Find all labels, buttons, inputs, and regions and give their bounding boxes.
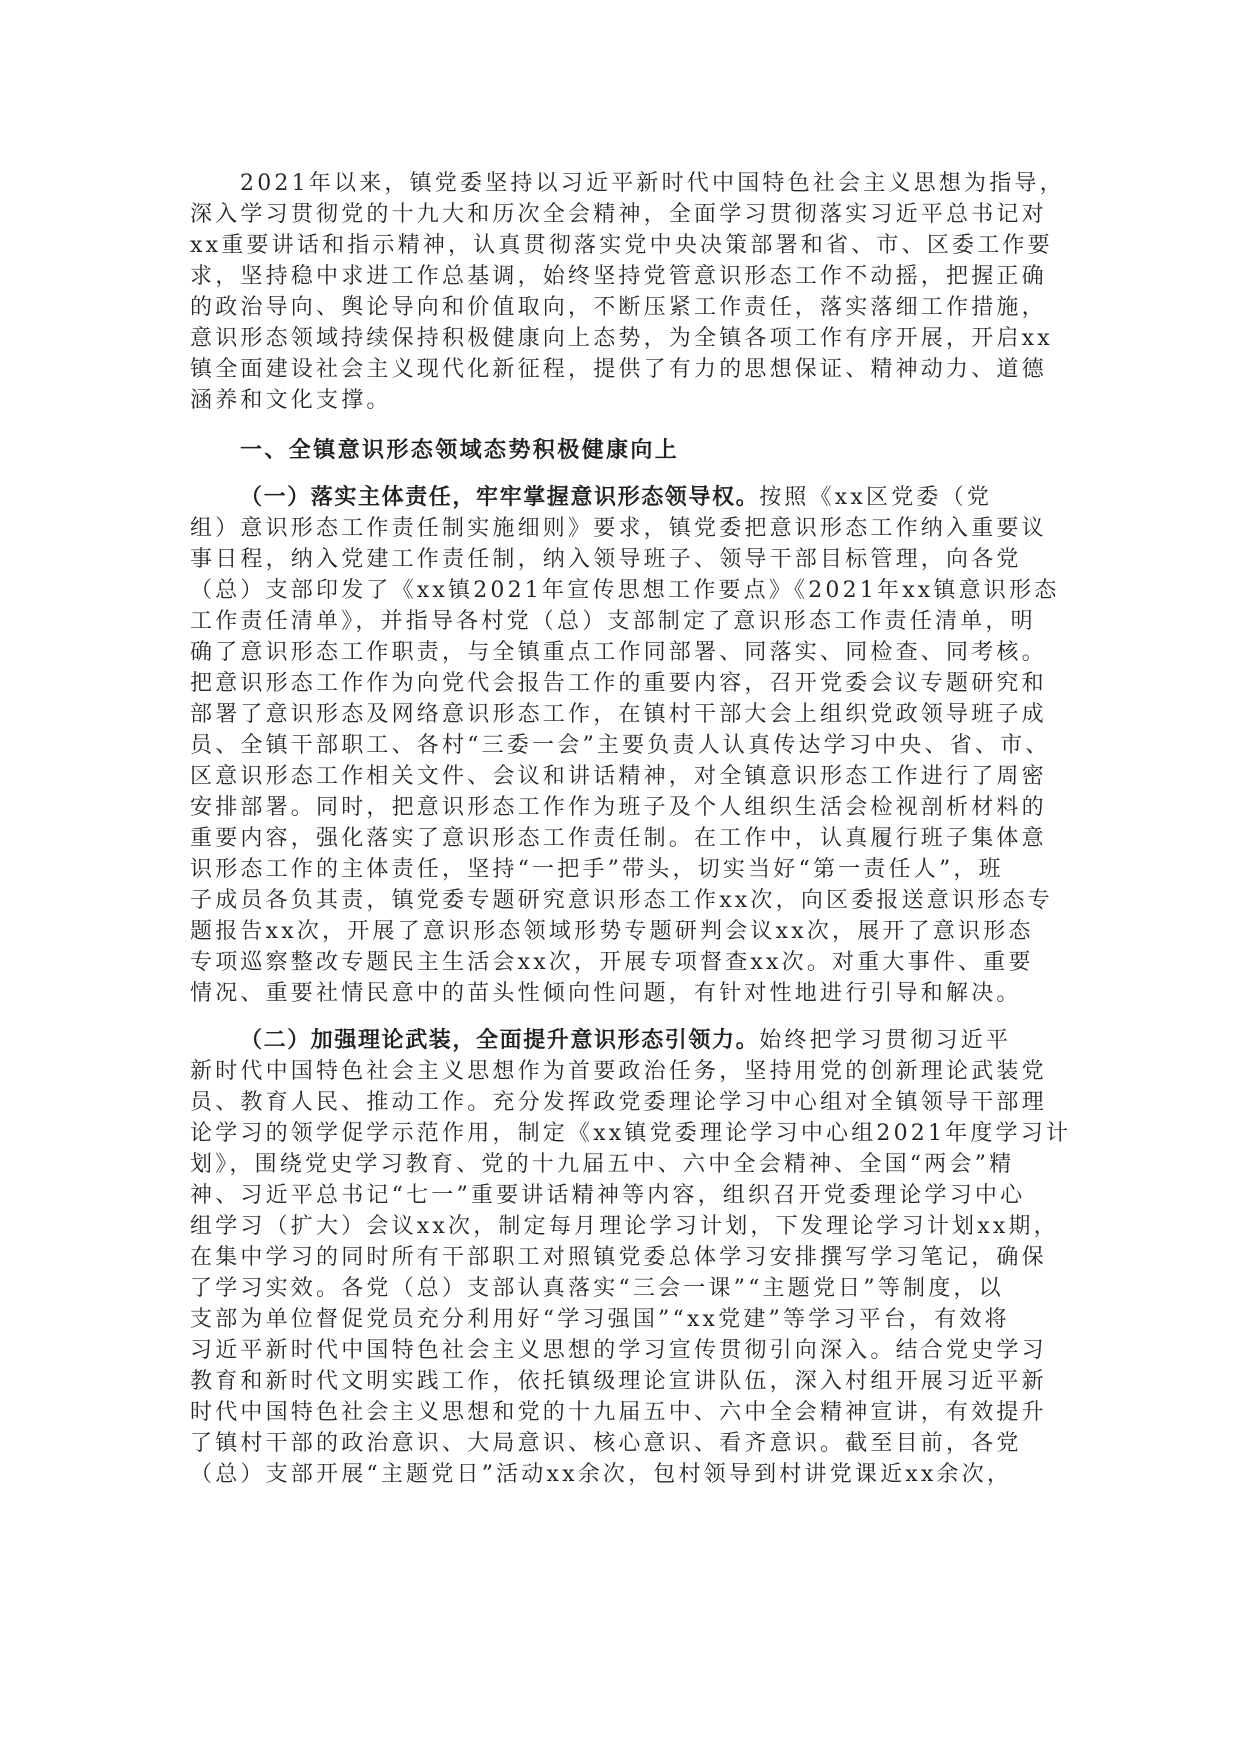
text-line: 情况、重要社情民意中的苗头性倾向性问题，有针对性地进行引导和解决。 [190, 978, 1060, 1009]
text-line: 把意识形态工作作为向党代会报告工作的重要内容，召开党委会议专题研究和 [190, 668, 1060, 699]
text-line: 区意识形态工作相关文件、会议和讲话精神，对全镇意识形态工作进行了周密 [190, 761, 1060, 792]
intro-paragraph: 2021年以来，镇党委坚持以习近平新时代中国特色社会主义思想为指导， 深入学习贯… [190, 168, 1060, 416]
text-line: 意识形态领域持续保持积极健康向上态势，为全镇各项工作有序开展，开启xx [190, 323, 1060, 354]
text-line: 组）意识形态工作责任制实施细则》要求，镇党委把意识形态工作纳入重要议 [190, 513, 1060, 544]
text-line: （总）支部开展“主题党日”活动xx余次，包村领导到村讲党课近xx余次， [190, 1459, 1060, 1490]
text-line: （二）加强理论武装，全面提升意识形态引领力。始终把学习贯彻习近平 [190, 1025, 1060, 1056]
text-line: 深入学习贯彻党的十九大和历次全会精神，全面学习贯彻落实习近平总书记对 [190, 199, 1060, 230]
section-2-paragraph: （二）加强理论武装，全面提升意识形态引领力。始终把学习贯彻习近平 新时代中国特色… [190, 1025, 1060, 1490]
text-line: 了学习实效。各党（总）支部认真落实“三会一课”“主题党日”等制度，以 [190, 1273, 1060, 1304]
text-line: 镇全面建设社会主义现代化新征程，提供了有力的思想保证、精神动力、道德 [190, 354, 1060, 385]
text-line: 求，坚持稳中求进工作总基调，始终坚持党管意识形态工作不动摇，把握正确 [190, 261, 1060, 292]
document-page: 2021年以来，镇党委坚持以习近平新时代中国特色社会主义思想为指导， 深入学习贯… [190, 168, 1060, 1490]
text-line: 安排部署。同时，把意识形态工作作为班子及个人组织生活会检视剖析材料的 [190, 792, 1060, 823]
text-line: 的政治导向、舆论导向和价值取向，不断压紧工作责任，落实落细工作措施， [190, 292, 1060, 323]
text-line: 教育和新时代文明实践工作，依托镇级理论宣讲队伍，深入村组开展习近平新 [190, 1366, 1060, 1397]
section-2-first-line-rest: 始终把学习贯彻习近平 [759, 1028, 1011, 1053]
text-line: 题报告xx次，开展了意识形态领域形势专题研判会议xx次，展开了意识形态 [190, 916, 1060, 947]
text-line: 2021年以来，镇党委坚持以习近平新时代中国特色社会主义思想为指导， [190, 168, 1060, 199]
text-line: （一）落实主体责任，牢牢掌握意识形态领导权。按照《xx区党委（党 [190, 482, 1060, 513]
text-line: 组学习（扩大）会议xx次，制定每月理论学习计划，下发理论学习计划xx期， [190, 1211, 1060, 1242]
text-line: 事日程，纳入党建工作责任制，纳入领导班子、领导干部目标管理，向各党 [190, 544, 1060, 575]
text-line: 时代中国特色社会主义思想和党的十九届五中、六中全会精神宣讲，有效提升 [190, 1397, 1060, 1428]
section-1-lead: （一）落实主体责任，牢牢掌握意识形态领导权。 [240, 485, 759, 510]
section-1-paragraph: （一）落实主体责任，牢牢掌握意识形态领导权。按照《xx区党委（党 组）意识形态工… [190, 482, 1060, 1009]
text-line: 支部为单位督促党员充分利用好“学习强国”“xx党建”等学习平台，有效将 [190, 1304, 1060, 1335]
section-2-lead: （二）加强理论武装，全面提升意识形态引领力。 [240, 1028, 759, 1053]
text-line: 论学习的领学促学示范作用，制定《xx镇党委理论学习中心组2021年度学习计 [190, 1118, 1060, 1149]
text-line: 重要内容，强化落实了意识形态工作责任制。在工作中，认真履行班子集体意 [190, 823, 1060, 854]
text-line: 员、全镇干部职工、各村“三委一会”主要负责人认真传达学习中央、省、市、 [190, 730, 1060, 761]
text-line: 习近平新时代中国特色社会主义思想的学习宣传贯彻引向深入。结合党史学习 [190, 1335, 1060, 1366]
text-line: 了镇村干部的政治意识、大局意识、核心意识、看齐意识。截至目前，各党 [190, 1428, 1060, 1459]
text-line: 在集中学习的同时所有干部职工对照镇党委总体学习安排撰写学习笔记，确保 [190, 1242, 1060, 1273]
text-line: 工作责任清单》，并指导各村党（总）支部制定了意识形态工作责任清单，明 [190, 606, 1060, 637]
text-line: 识形态工作的主体责任，坚持“一把手”带头，切实当好“第一责任人”，班 [190, 854, 1060, 885]
section-1-first-line-rest: 按照《xx区党委（党 [759, 485, 992, 510]
text-line: 确了意识形态工作职责，与全镇重点工作同部署、同落实、同检查、同考核。 [190, 637, 1060, 668]
text-line: 员、教育人民、推动工作。充分发挥政党委理论学习中心组对全镇领导干部理 [190, 1087, 1060, 1118]
text-line: 划》，围绕党史学习教育、党的十九届五中、六中全会精神、全国“两会”精 [190, 1149, 1060, 1180]
section-heading-1: 一、全镇意识形态领域态势积极健康向上 [190, 435, 1060, 466]
text-line: 专项巡察整改专题民主生活会xx次，开展专项督查xx次。对重大事件、重要 [190, 947, 1060, 978]
text-line: 子成员各负其责，镇党委专题研究意识形态工作xx次，向区委报送意识形态专 [190, 885, 1060, 916]
text-line: 涵养和文化支撑。 [190, 385, 1060, 416]
text-line: 部署了意识形态及网络意识形态工作，在镇村干部大会上组织党政领导班子成 [190, 699, 1060, 730]
text-line: （总）支部印发了《xx镇2021年宣传思想工作要点》《2021年xx镇意识形态 [190, 575, 1060, 606]
text-line: 神、习近平总书记“七一”重要讲话精神等内容，组织召开党委理论学习中心 [190, 1180, 1060, 1211]
text-line: xx重要讲话和指示精神，认真贯彻落实党中央决策部署和省、市、区委工作要 [190, 230, 1060, 261]
text-line: 新时代中国特色社会主义思想作为首要政治任务，坚持用党的创新理论武装党 [190, 1056, 1060, 1087]
